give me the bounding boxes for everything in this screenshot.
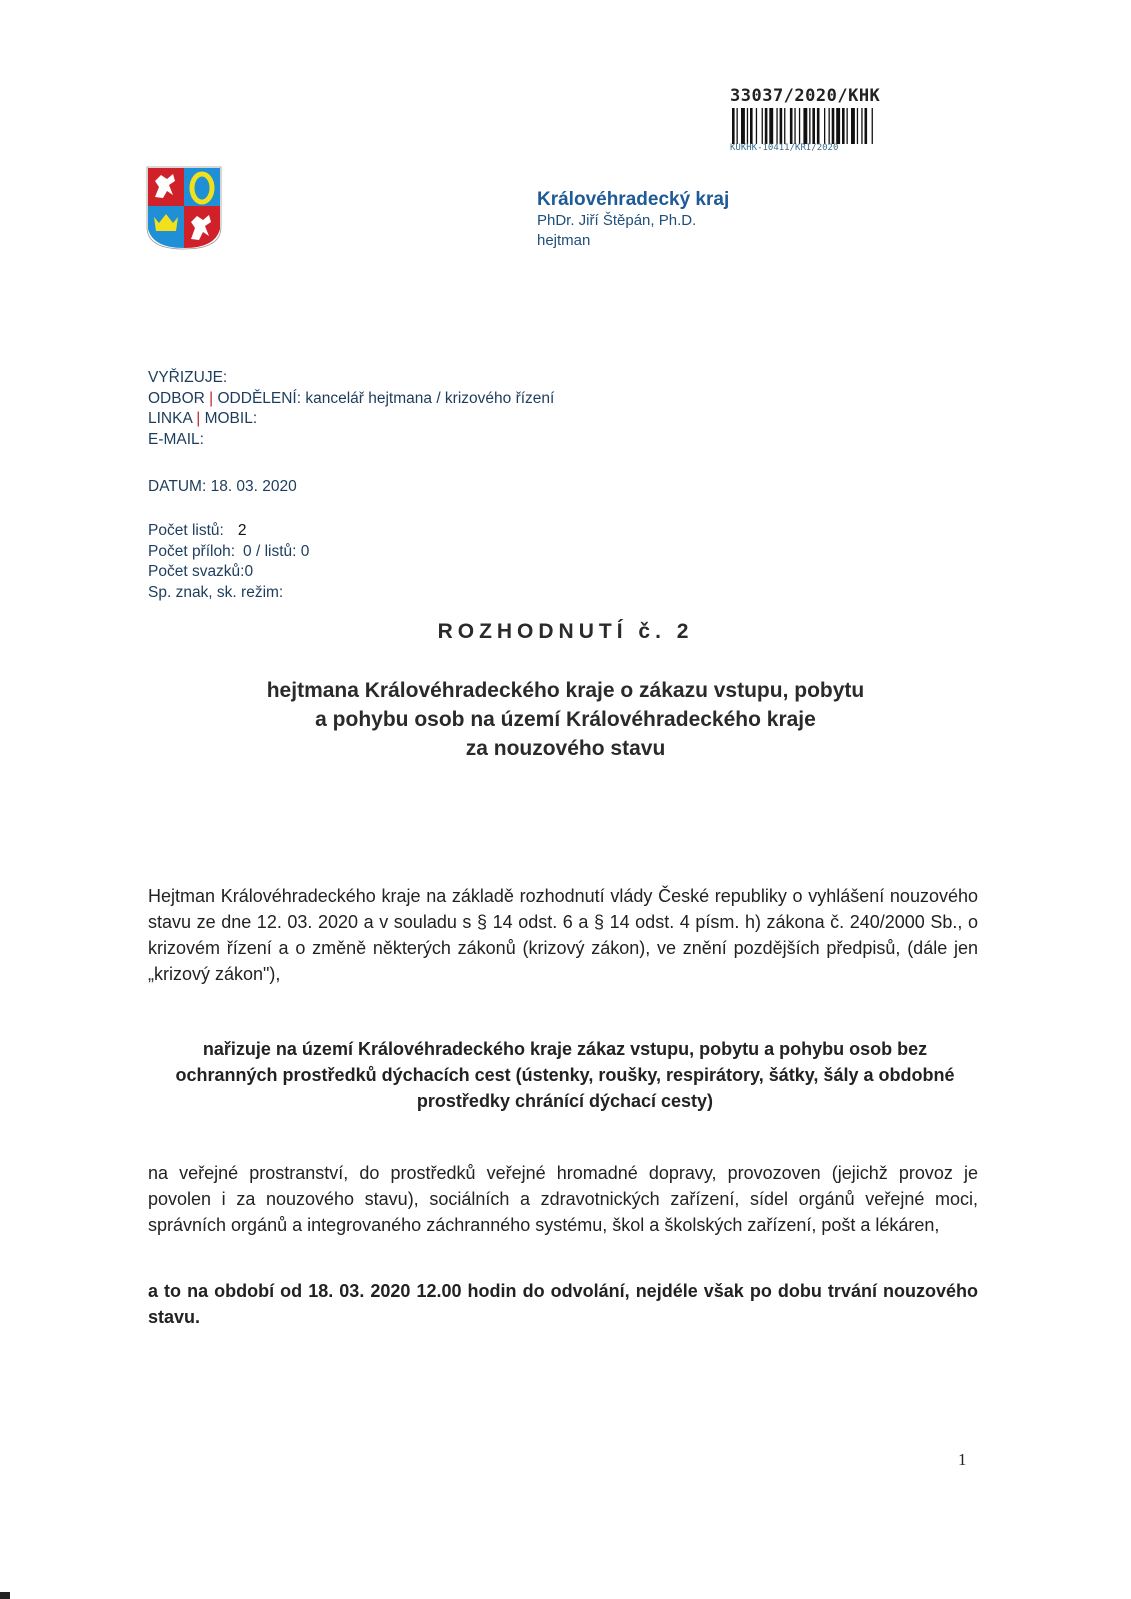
scan-mark: [0, 1592, 10, 1599]
document-subtitle: hejtmana Královéhradeckého kraje o zákaz…: [0, 676, 1131, 763]
contact-info: VYŘIZUJE: ODBOR | ODDĚLENÍ: kancelář hej…: [148, 368, 554, 450]
governor-name: PhDr. Jiří Štěpán, Ph.D.: [537, 211, 729, 231]
barcode-icon: [732, 108, 972, 144]
email-label: E-MAIL:: [148, 430, 554, 451]
validity-paragraph: a to na období od 18. 03. 2020 12.00 hod…: [148, 1278, 978, 1330]
sheet-count: Počet listů:2: [148, 521, 309, 542]
governor-role: hejtman: [537, 231, 729, 251]
document-title: ROZHODNUTÍ č. 2: [0, 620, 1131, 644]
department-line: ODBOR | ODDĚLENÍ: kancelář hejtmana / kr…: [148, 389, 554, 410]
scope-paragraph: na veřejné prostranství, do prostředků v…: [148, 1160, 978, 1238]
volume-count: Počet svazků:0: [148, 562, 309, 583]
date-value: 18. 03. 2020: [211, 478, 297, 495]
order-paragraph: nařizuje na území Královéhradeckého kraj…: [150, 1036, 980, 1114]
organization-name: Královéhradecký kraj: [537, 188, 729, 211]
page-number: 1: [958, 1450, 967, 1470]
department-value: kancelář hejtmana / krizového řízení: [301, 390, 554, 407]
document-counts: Počet listů:2 Počet příloh:0 / listů: 0 …: [148, 521, 309, 603]
legal-basis-paragraph: Hejtman Královéhradeckého kraje na zákla…: [148, 883, 978, 987]
barcode-caption: KUKHK-10411/KRI/2020: [730, 143, 838, 153]
date-line: DATUM: 18. 03. 2020: [148, 478, 297, 496]
attachment-count: Počet příloh:0 / listů: 0: [148, 542, 309, 563]
document-reference-number: 33037/2020/KHK: [730, 86, 880, 106]
handled-by-label: VYŘIZUJE:: [148, 368, 554, 389]
coat-of-arms-icon: [145, 165, 223, 251]
date-label: DATUM:: [148, 478, 206, 495]
phone-line: LINKA | MOBIL:: [148, 409, 554, 430]
file-mark-label: Sp. znak, sk. režim:: [148, 583, 309, 604]
organization-header: Královéhradecký kraj PhDr. Jiří Štěpán, …: [537, 188, 729, 251]
